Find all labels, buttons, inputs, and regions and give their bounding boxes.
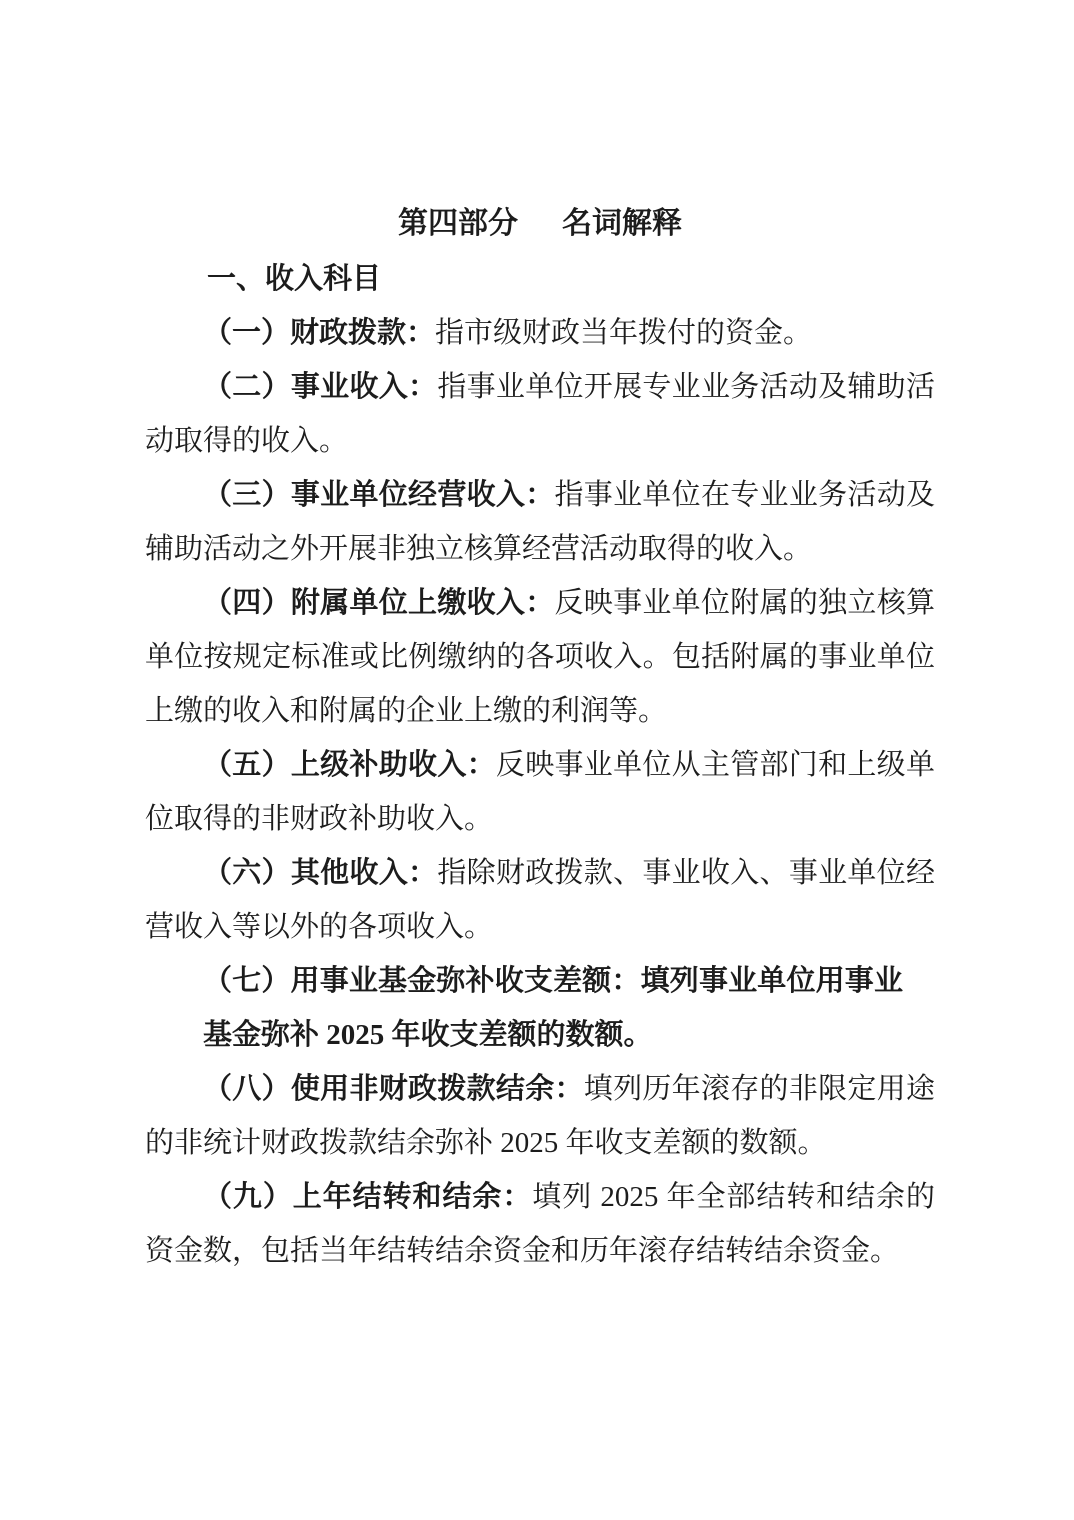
term-label-5: （五）上级补助收入： (203, 749, 496, 781)
term-label-1: （一）财政拨款： (203, 317, 435, 349)
title-name-label: 名词解释 (562, 196, 682, 252)
term-label-3: （三）事业单位经营收入： (203, 479, 555, 511)
term-label-7: （七）用事业基金弥补收支差额： (203, 965, 641, 997)
document-title: 第四部分 名词解释 (145, 196, 935, 252)
definition-paragraph-1: （一）财政拨款：指市级财政当年拨付的资金。 (145, 306, 935, 360)
section-heading: 一、收入科目 (145, 252, 935, 306)
term-label-8: （八）使用非财政拨款结余： (203, 1073, 584, 1105)
term-definition-1: 指市级财政当年拨付的资金。 (435, 317, 812, 349)
document-content: 第四部分 名词解释 一、收入科目 （一）财政拨款：指市级财政当年拨付的资金。 （… (145, 196, 935, 1278)
title-part-label: 第四部分 (398, 196, 518, 252)
term-label-9: （九）上年结转和结余： (203, 1181, 532, 1213)
definition-paragraph-2: （二）事业收入：指事业单位开展专业业务活动及辅助活动取得的收入。 (145, 360, 935, 468)
document-page: 第四部分 名词解释 一、收入科目 （一）财政拨款：指市级财政当年拨付的资金。 （… (0, 0, 1074, 1520)
term-label-6: （六）其他收入： (203, 857, 437, 889)
definition-paragraph-7: （七）用事业基金弥补收支差额：填列事业单位用事业基金弥补 2025 年收支差额的… (203, 954, 903, 1062)
definition-paragraph-5: （五）上级补助收入：反映事业单位从主管部门和上级单位取得的非财政补助收入。 (145, 738, 935, 846)
definition-paragraph-4: （四）附属单位上缴收入：反映事业单位附属的独立核算单位按规定标准或比例缴纳的各项… (145, 576, 935, 738)
term-label-4: （四）附属单位上缴收入： (203, 587, 555, 619)
definition-paragraph-3: （三）事业单位经营收入：指事业单位在专业业务活动及辅助活动之外开展非独立核算经营… (145, 468, 935, 576)
definition-paragraph-9: （九）上年结转和结余：填列 2025 年全部结转和结余的资金数，包括当年结转结余… (145, 1170, 935, 1278)
term-label-2: （二）事业收入： (203, 371, 437, 403)
paragraph-list: （一）财政拨款：指市级财政当年拨付的资金。 （二）事业收入：指事业单位开展专业业… (145, 306, 935, 1278)
definition-paragraph-8: （八）使用非财政拨款结余：填列历年滚存的非限定用途的非统计财政拨款结余弥补 20… (145, 1062, 935, 1170)
definition-paragraph-6: （六）其他收入：指除财政拨款、事业收入、事业单位经营收入等以外的各项收入。 (145, 846, 935, 954)
